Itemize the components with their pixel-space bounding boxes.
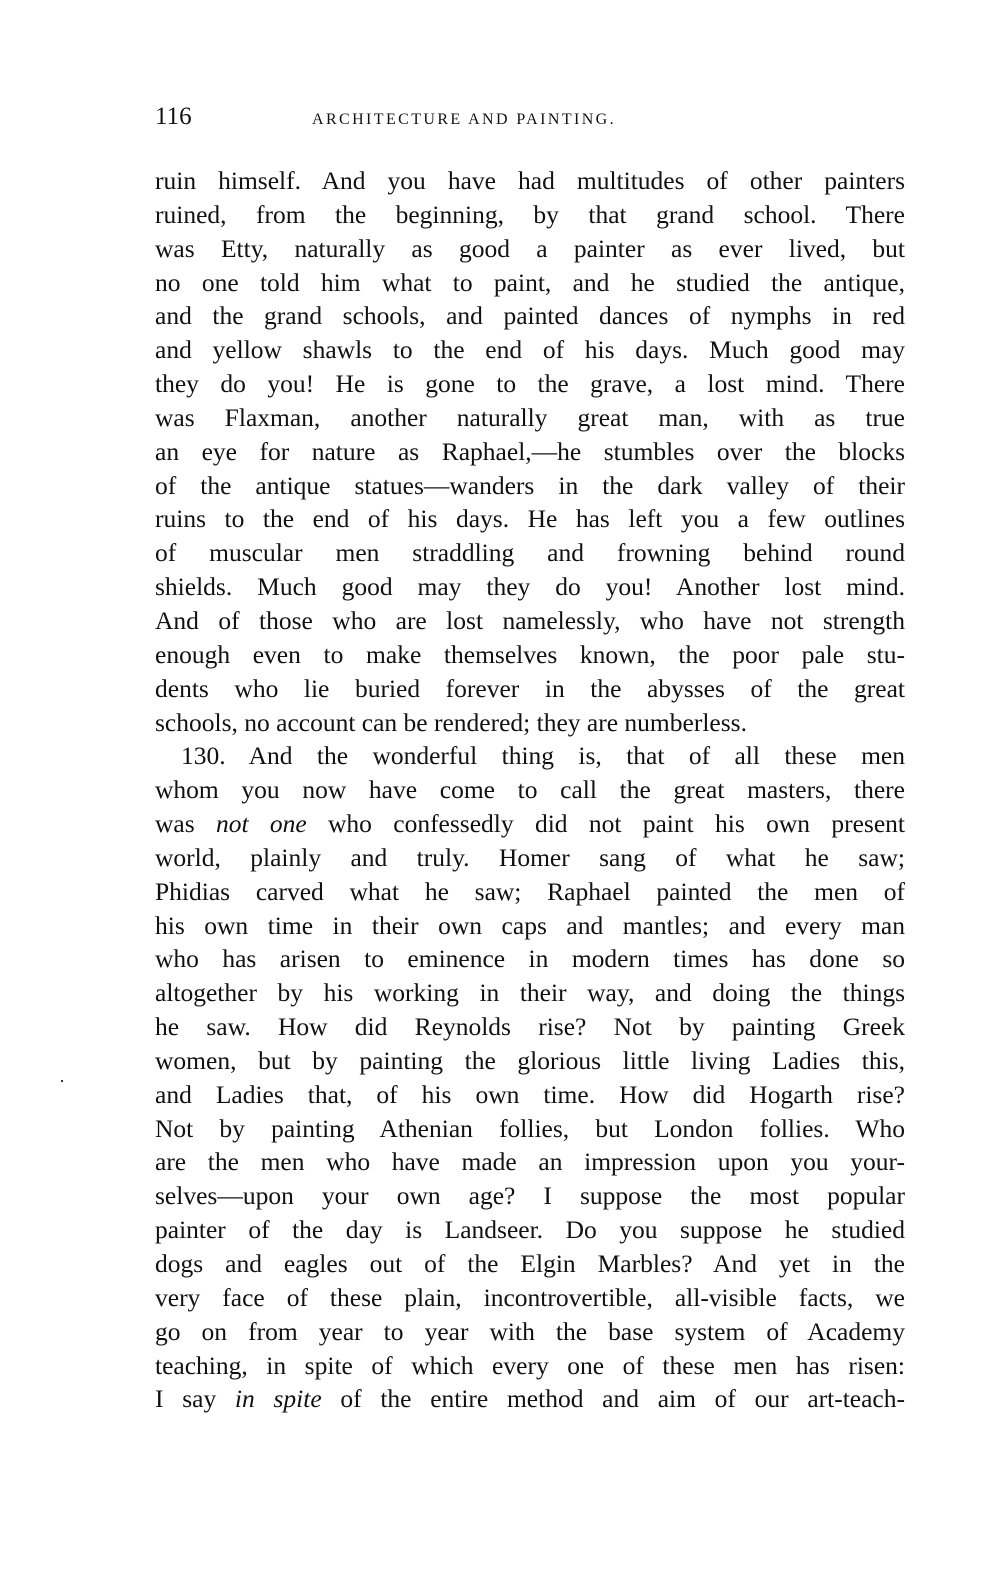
text-line: very face of these plain, incontrovertib… bbox=[155, 1281, 905, 1315]
text-line: And of those who are lost namelessly, wh… bbox=[155, 604, 905, 638]
paragraph-end-line: schools, no account can be rendered; the… bbox=[155, 706, 905, 740]
text-line: world, plainly and truly. Homer sang of … bbox=[155, 841, 905, 875]
text-line: no one told him what to paint, and he st… bbox=[155, 266, 905, 300]
emphasis-not-one: not one bbox=[216, 809, 307, 838]
text-line: he saw. How did Reynolds rise? Not by pa… bbox=[155, 1010, 905, 1044]
text-line: dents who lie buried forever in the abys… bbox=[155, 672, 905, 706]
text-line: and yellow shawls to the end of his days… bbox=[155, 333, 905, 367]
text-line-with-emphasis: was not one who confessedly did not pain… bbox=[155, 807, 905, 841]
book-page: 116 ARCHITECTURE AND PAINTING. ruin hims… bbox=[0, 0, 1000, 1592]
text-line: was Etty, naturally as good a painter as… bbox=[155, 232, 905, 266]
scan-speck bbox=[61, 1080, 63, 1082]
text-line: Not by painting Athenian follies, but Lo… bbox=[155, 1112, 905, 1146]
text-line: of muscular men straddling and frowning … bbox=[155, 536, 905, 570]
text-line: they do you! He is gone to the grave, a … bbox=[155, 367, 905, 401]
text-line: are the men who have made an impression … bbox=[155, 1145, 905, 1179]
text-line: was Flaxman, another naturally great man… bbox=[155, 401, 905, 435]
text-line: ruined, from the beginning, by that gran… bbox=[155, 198, 905, 232]
text-line: painter of the day is Landseer. Do you s… bbox=[155, 1213, 905, 1247]
text-line: an eye for nature as Raphael,—he stumble… bbox=[155, 435, 905, 469]
text-line: Phidias carved what he saw; Raphael pain… bbox=[155, 875, 905, 909]
text-line: teaching, in spite of which every one of… bbox=[155, 1349, 905, 1383]
running-title: ARCHITECTURE AND PAINTING. bbox=[312, 105, 616, 135]
page-number: 116 bbox=[155, 102, 192, 132]
paragraph-130-start: 130. And the wonderful thing is, that of… bbox=[155, 739, 905, 773]
running-head: 116 ARCHITECTURE AND PAINTING. bbox=[155, 102, 905, 132]
text-line: shields. Much good may they do you! Anot… bbox=[155, 570, 905, 604]
text-line: of the antique statues—wanders in the da… bbox=[155, 469, 905, 503]
text-line: enough even to make themselves known, th… bbox=[155, 638, 905, 672]
text-line: ruin himself. And you have had multitude… bbox=[155, 164, 905, 198]
text-line: go on from year to year with the base sy… bbox=[155, 1315, 905, 1349]
text-line: women, but by painting the glorious litt… bbox=[155, 1044, 905, 1078]
text-line: selves—upon your own age? I suppose the … bbox=[155, 1179, 905, 1213]
text-line: 130. And the wonderful thing is, that of… bbox=[181, 741, 905, 770]
text-line: who has arisen to eminence in modern tim… bbox=[155, 942, 905, 976]
text-line: whom you now have come to call the great… bbox=[155, 773, 905, 807]
text-line: and the grand schools, and painted dance… bbox=[155, 299, 905, 333]
text-line: and Ladies that, of his own time. How di… bbox=[155, 1078, 905, 1112]
emphasis-in-spite: in spite bbox=[235, 1384, 322, 1413]
text-line: ruins to the end of his days. He has lef… bbox=[155, 502, 905, 536]
body-text: ruin himself. And you have had multitude… bbox=[155, 164, 905, 1416]
text-line: his own time in their own caps and mantl… bbox=[155, 909, 905, 943]
text-line-with-emphasis: I say in spite of the entire method and … bbox=[155, 1382, 905, 1416]
text-line: altogether by his working in their way, … bbox=[155, 976, 905, 1010]
text-line: dogs and eagles out of the Elgin Marbles… bbox=[155, 1247, 905, 1281]
